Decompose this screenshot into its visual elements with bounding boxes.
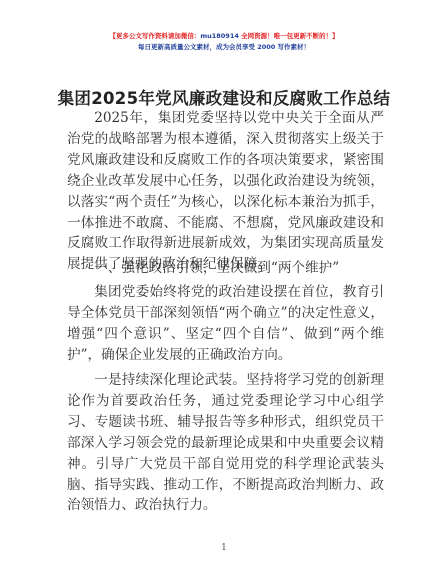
section-paragraph: 集团党委始终将党的政治建设摆在首位，教育引导全体党员干部深刻领悟“两个确立”的决… [67, 282, 384, 366]
promo-banner-line-1: 【更多公文写作资料请加微信：mu180914 全网资源！唯一包更新不断的！】 [0, 31, 448, 40]
promo-text-red-2: 全网资源！唯一包更新不断的！】 [239, 32, 339, 40]
document-title: 集团2025年党风廉政建设和反腐败工作总结 [0, 85, 448, 109]
intro-paragraph: 2025年，集团党委坚持以党中央关于全面从严治党的战略部署为根本遵循，深入贯彻落… [67, 108, 384, 275]
paragraph-text: 2025年，集团党委坚持以党中央关于全面从严治党的战略部署为根本遵循，深入贯彻落… [67, 108, 384, 275]
paragraph-text: 集团党委始终将党的政治建设摆在首位，教育引导全体党员干部深刻领悟“两个确立”的决… [67, 282, 384, 366]
page-number: 1 [0, 543, 448, 553]
promo-banner-line-2: 每日更新高质量公文素材，成为会员享受 2000 写作素材！ [0, 42, 448, 51]
promo-wechat-id: mu180914 [200, 32, 239, 40]
subsection-paragraph: 一是持续深化理论武装。坚持将学习党的创新理论作为首要政治任务，通过党委理论学习中… [67, 370, 384, 516]
promo-text-red: 【更多公文写作资料请加微信： [109, 32, 200, 40]
section-heading: 一、强化政治引领，坚决做到“两个维护” [67, 258, 384, 279]
section-heading-text: 一、强化政治引领，坚决做到“两个维护” [67, 258, 384, 279]
paragraph-text: 一是持续深化理论武装。坚持将学习党的创新理论作为首要政治任务，通过党委理论学习中… [67, 370, 384, 516]
